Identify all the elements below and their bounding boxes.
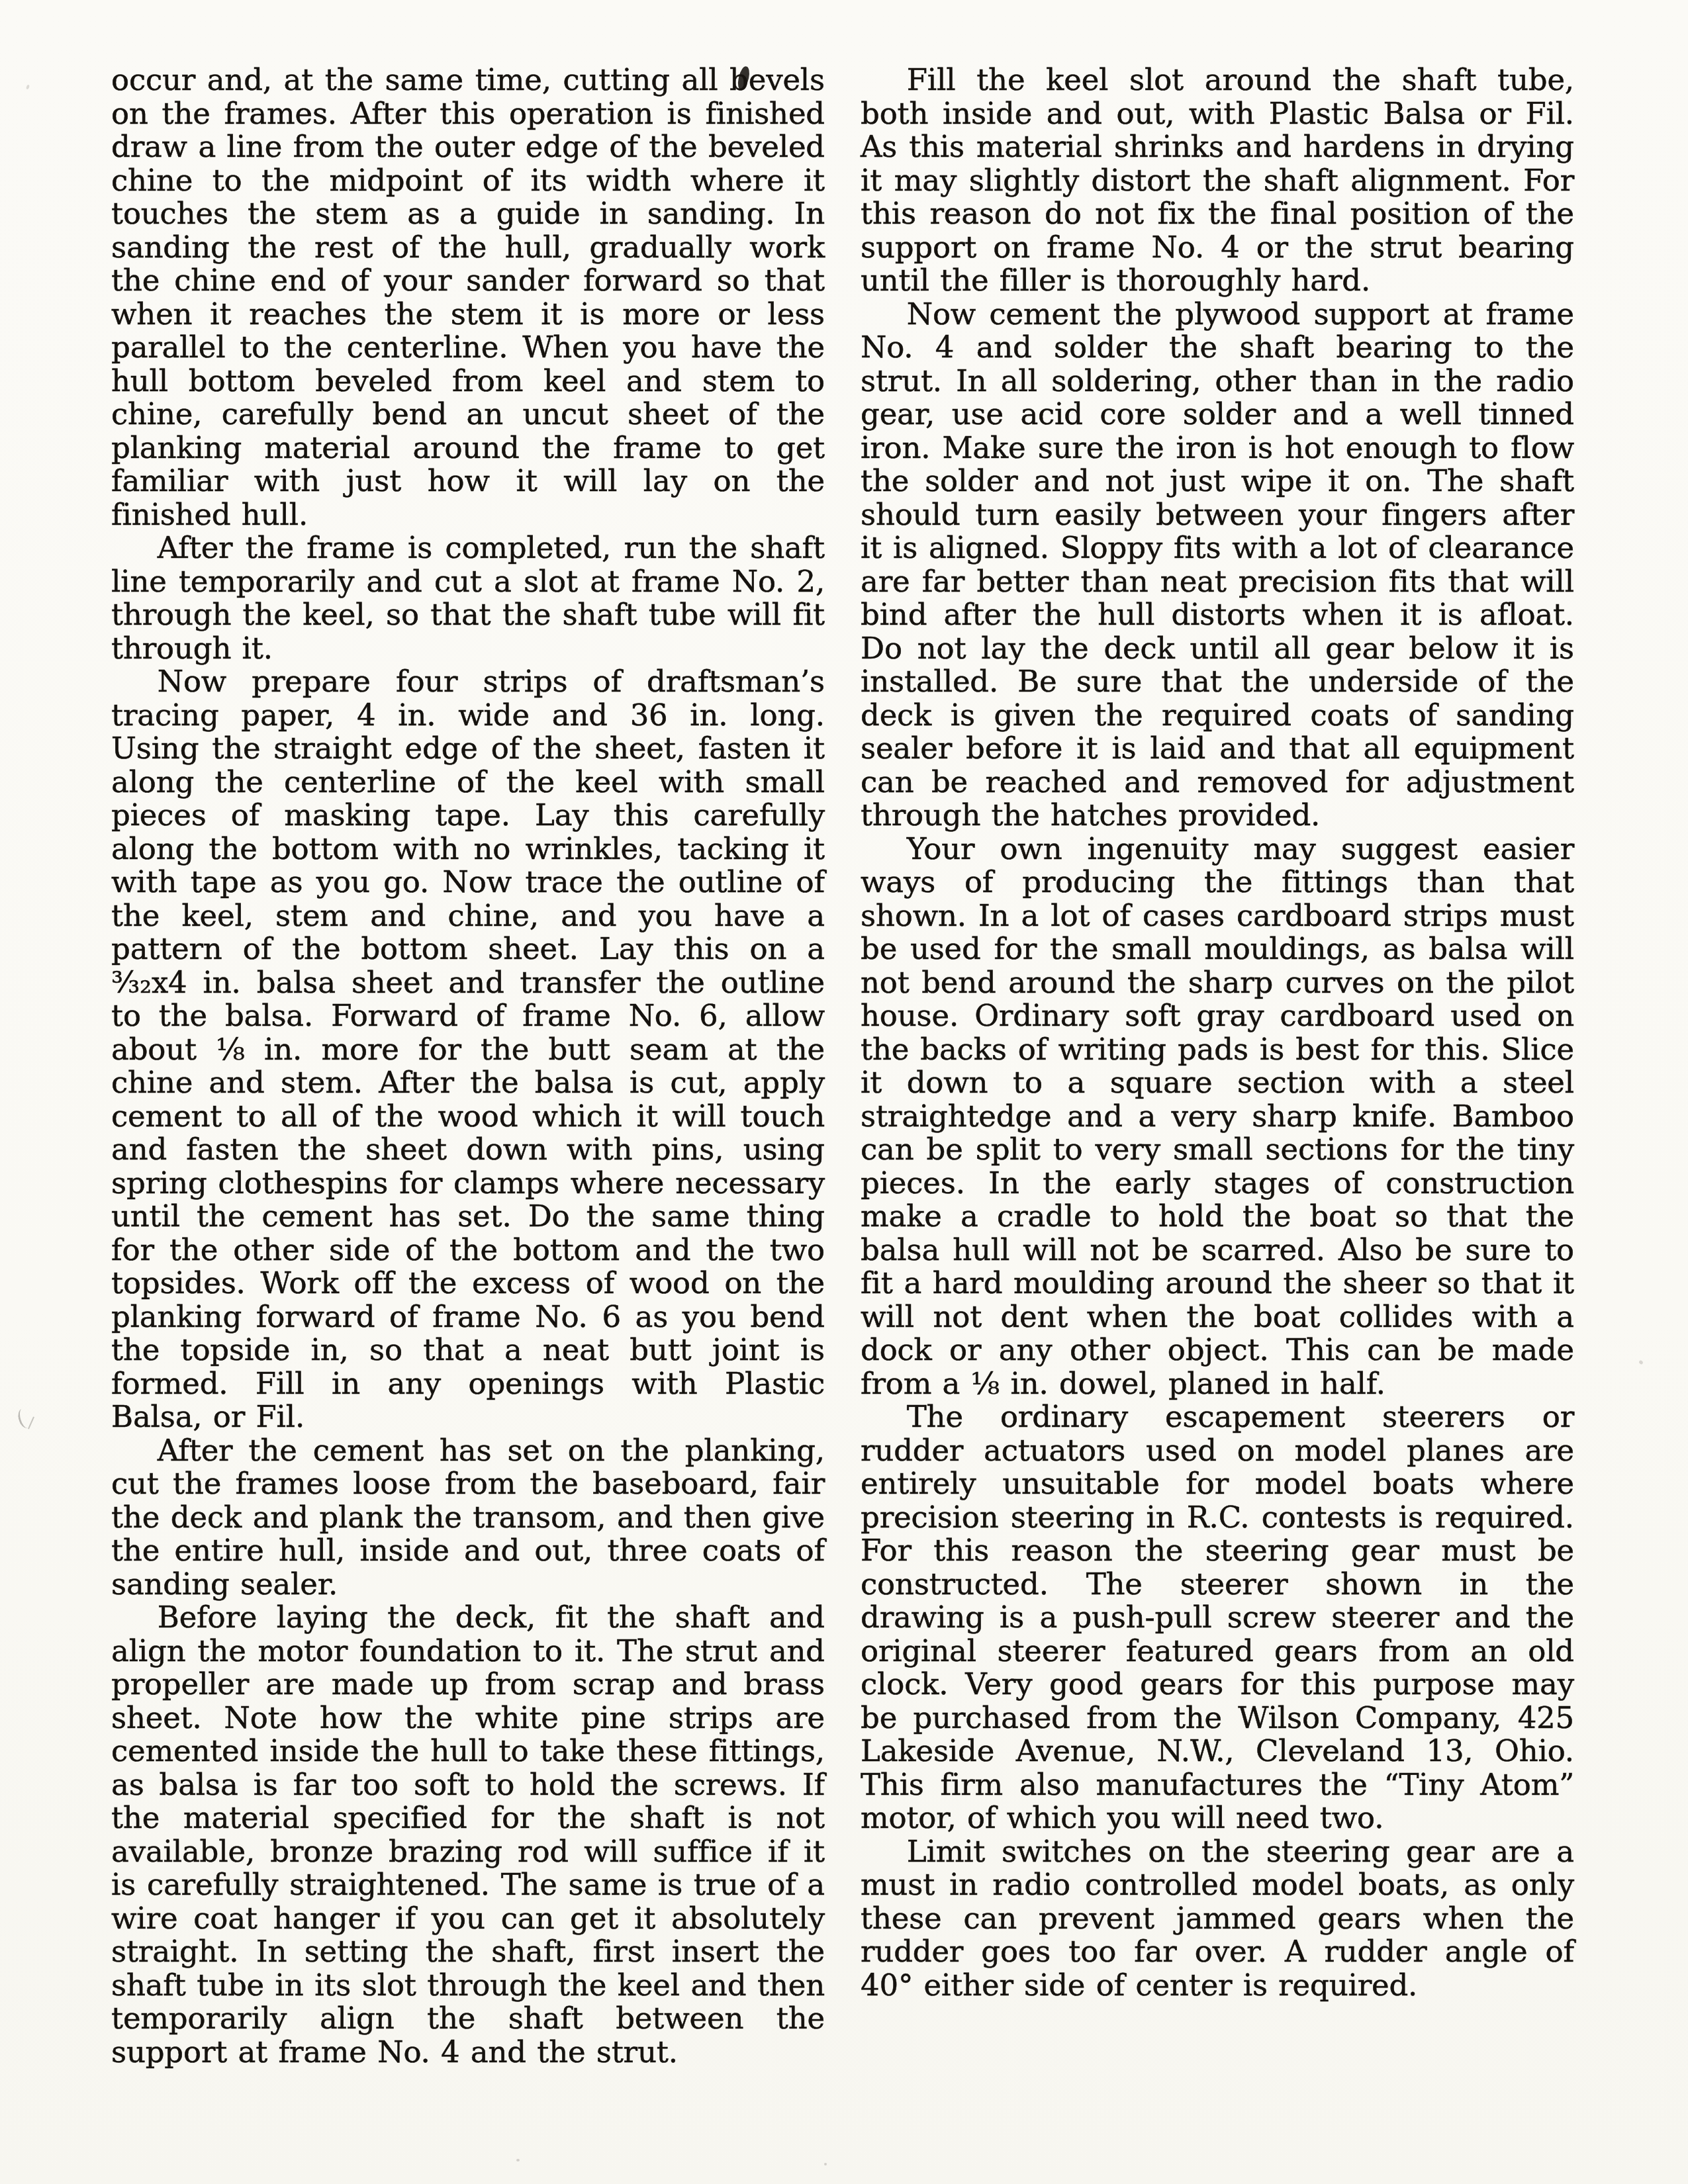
paragraph: Now cement the plywood support at frame … — [861, 298, 1574, 833]
scanned-book-page: occur and, at the same time, cutting all… — [0, 0, 1688, 2184]
pencil-mark-artifact — [28, 1416, 34, 1429]
paragraph: Your own ingenuity may suggest easier wa… — [861, 833, 1574, 1401]
paragraph: After the frame is completed, run the sh… — [111, 531, 825, 665]
paragraph: Limit switches on the steering gear are … — [861, 1835, 1574, 2003]
paragraph: The ordinary escapement steerers or rudd… — [861, 1400, 1574, 1835]
paragraph-continuation: occur and, at the same time, cutting all… — [111, 64, 825, 531]
pencil-mark-artifact — [16, 1407, 34, 1430]
left-text-column: occur and, at the same time, cutting all… — [111, 64, 825, 2069]
paragraph: Before laying the deck, fit the shaft an… — [111, 1601, 825, 2069]
scan-speck-artifact — [1638, 1360, 1644, 1365]
right-text-column: Fill the keel slot around the shaft tube… — [861, 64, 1574, 2002]
scan-speck-artifact — [26, 85, 30, 90]
scan-speck-artifact — [824, 2163, 827, 2165]
paragraph: Now prepare four strips of draftsman’s t… — [111, 665, 825, 1434]
paragraph: After the cement has set on the planking… — [111, 1434, 825, 1602]
scan-speck-artifact — [516, 2159, 520, 2161]
paragraph: Fill the keel slot around the shaft tube… — [861, 64, 1574, 298]
